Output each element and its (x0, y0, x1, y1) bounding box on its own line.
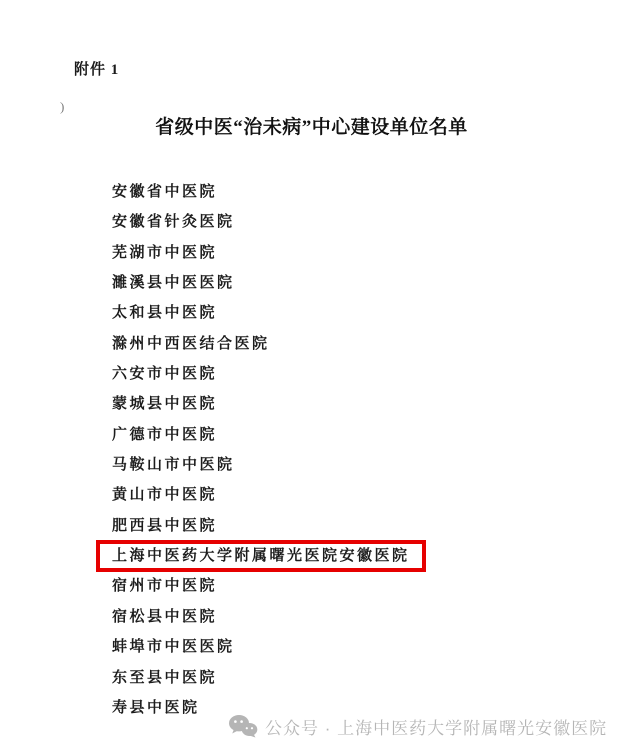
list-item: 马鞍山市中医院 (112, 450, 603, 480)
hospital-name: 安徽省中医院 (112, 184, 217, 200)
hospital-name: 广德市中医院 (112, 427, 217, 443)
hospital-name: 东至县中医院 (112, 670, 217, 686)
list-item: 太和县中医院 (112, 298, 603, 328)
list-item: 蚌埠市中医医院 (112, 632, 603, 662)
list-item: 宿松县中医院 (112, 602, 603, 632)
hospital-name: 六安市中医院 (112, 366, 217, 382)
list-item-highlighted: 上海中医药大学附属曙光医院安徽医院 (112, 541, 603, 571)
hospital-name: 蚌埠市中医医院 (112, 639, 235, 655)
hospital-name: 黄山市中医院 (112, 487, 217, 503)
list-item: 安徽省中医院 (112, 177, 603, 207)
list-item: 滁州中西医结合医院 (112, 329, 603, 359)
wechat-icon (228, 714, 258, 739)
watermark: 公众号 · 上海中医药大学附属曙光安徽医院 (228, 714, 607, 739)
document-page: 附件 1 ) 省级中医“治未病”中心建设单位名单 安徽省中医院安徽省针灸医院芜湖… (0, 0, 623, 753)
hospital-name: 芜湖市中医院 (112, 245, 217, 261)
page-title: 省级中医“治未病”中心建设单位名单 (0, 112, 623, 139)
hospital-name: 濉溪县中医医院 (112, 275, 235, 291)
list-item: 芜湖市中医院 (112, 238, 603, 268)
hospital-name: 宿松县中医院 (112, 609, 217, 625)
list-item: 肥西县中医院 (112, 511, 603, 541)
hospital-name: 蒙城县中医院 (112, 396, 217, 412)
list-item: 宿州市中医院 (112, 571, 603, 601)
hospital-name: 太和县中医院 (112, 305, 217, 321)
watermark-text: 公众号 · 上海中医药大学附属曙光安徽医院 (265, 714, 607, 739)
attachment-label: 附件 1 (74, 58, 119, 79)
list-item: 蒙城县中医院 (112, 389, 603, 419)
hospital-name: 宿州市中医院 (112, 578, 217, 594)
hospital-name: 安徽省针灸医院 (112, 214, 235, 230)
list-item: 六安市中医院 (112, 359, 603, 389)
hospital-name: 上海中医药大学附属曙光医院安徽医院 (96, 540, 426, 572)
list-item: 黄山市中医院 (112, 480, 603, 510)
hospital-name: 马鞍山市中医院 (112, 457, 235, 473)
hospital-name: 寿县中医院 (112, 700, 200, 716)
hospital-name: 肥西县中医院 (112, 518, 217, 534)
hospital-name: 滁州中西医结合医院 (112, 336, 270, 352)
list-item: 东至县中医院 (112, 663, 603, 693)
list-item: 濉溪县中医医院 (112, 268, 603, 298)
hospital-list: 安徽省中医院安徽省针灸医院芜湖市中医院濉溪县中医医院太和县中医院滁州中西医结合医… (112, 177, 603, 723)
list-item: 安徽省针灸医院 (112, 207, 603, 237)
list-item: 广德市中医院 (112, 420, 603, 450)
